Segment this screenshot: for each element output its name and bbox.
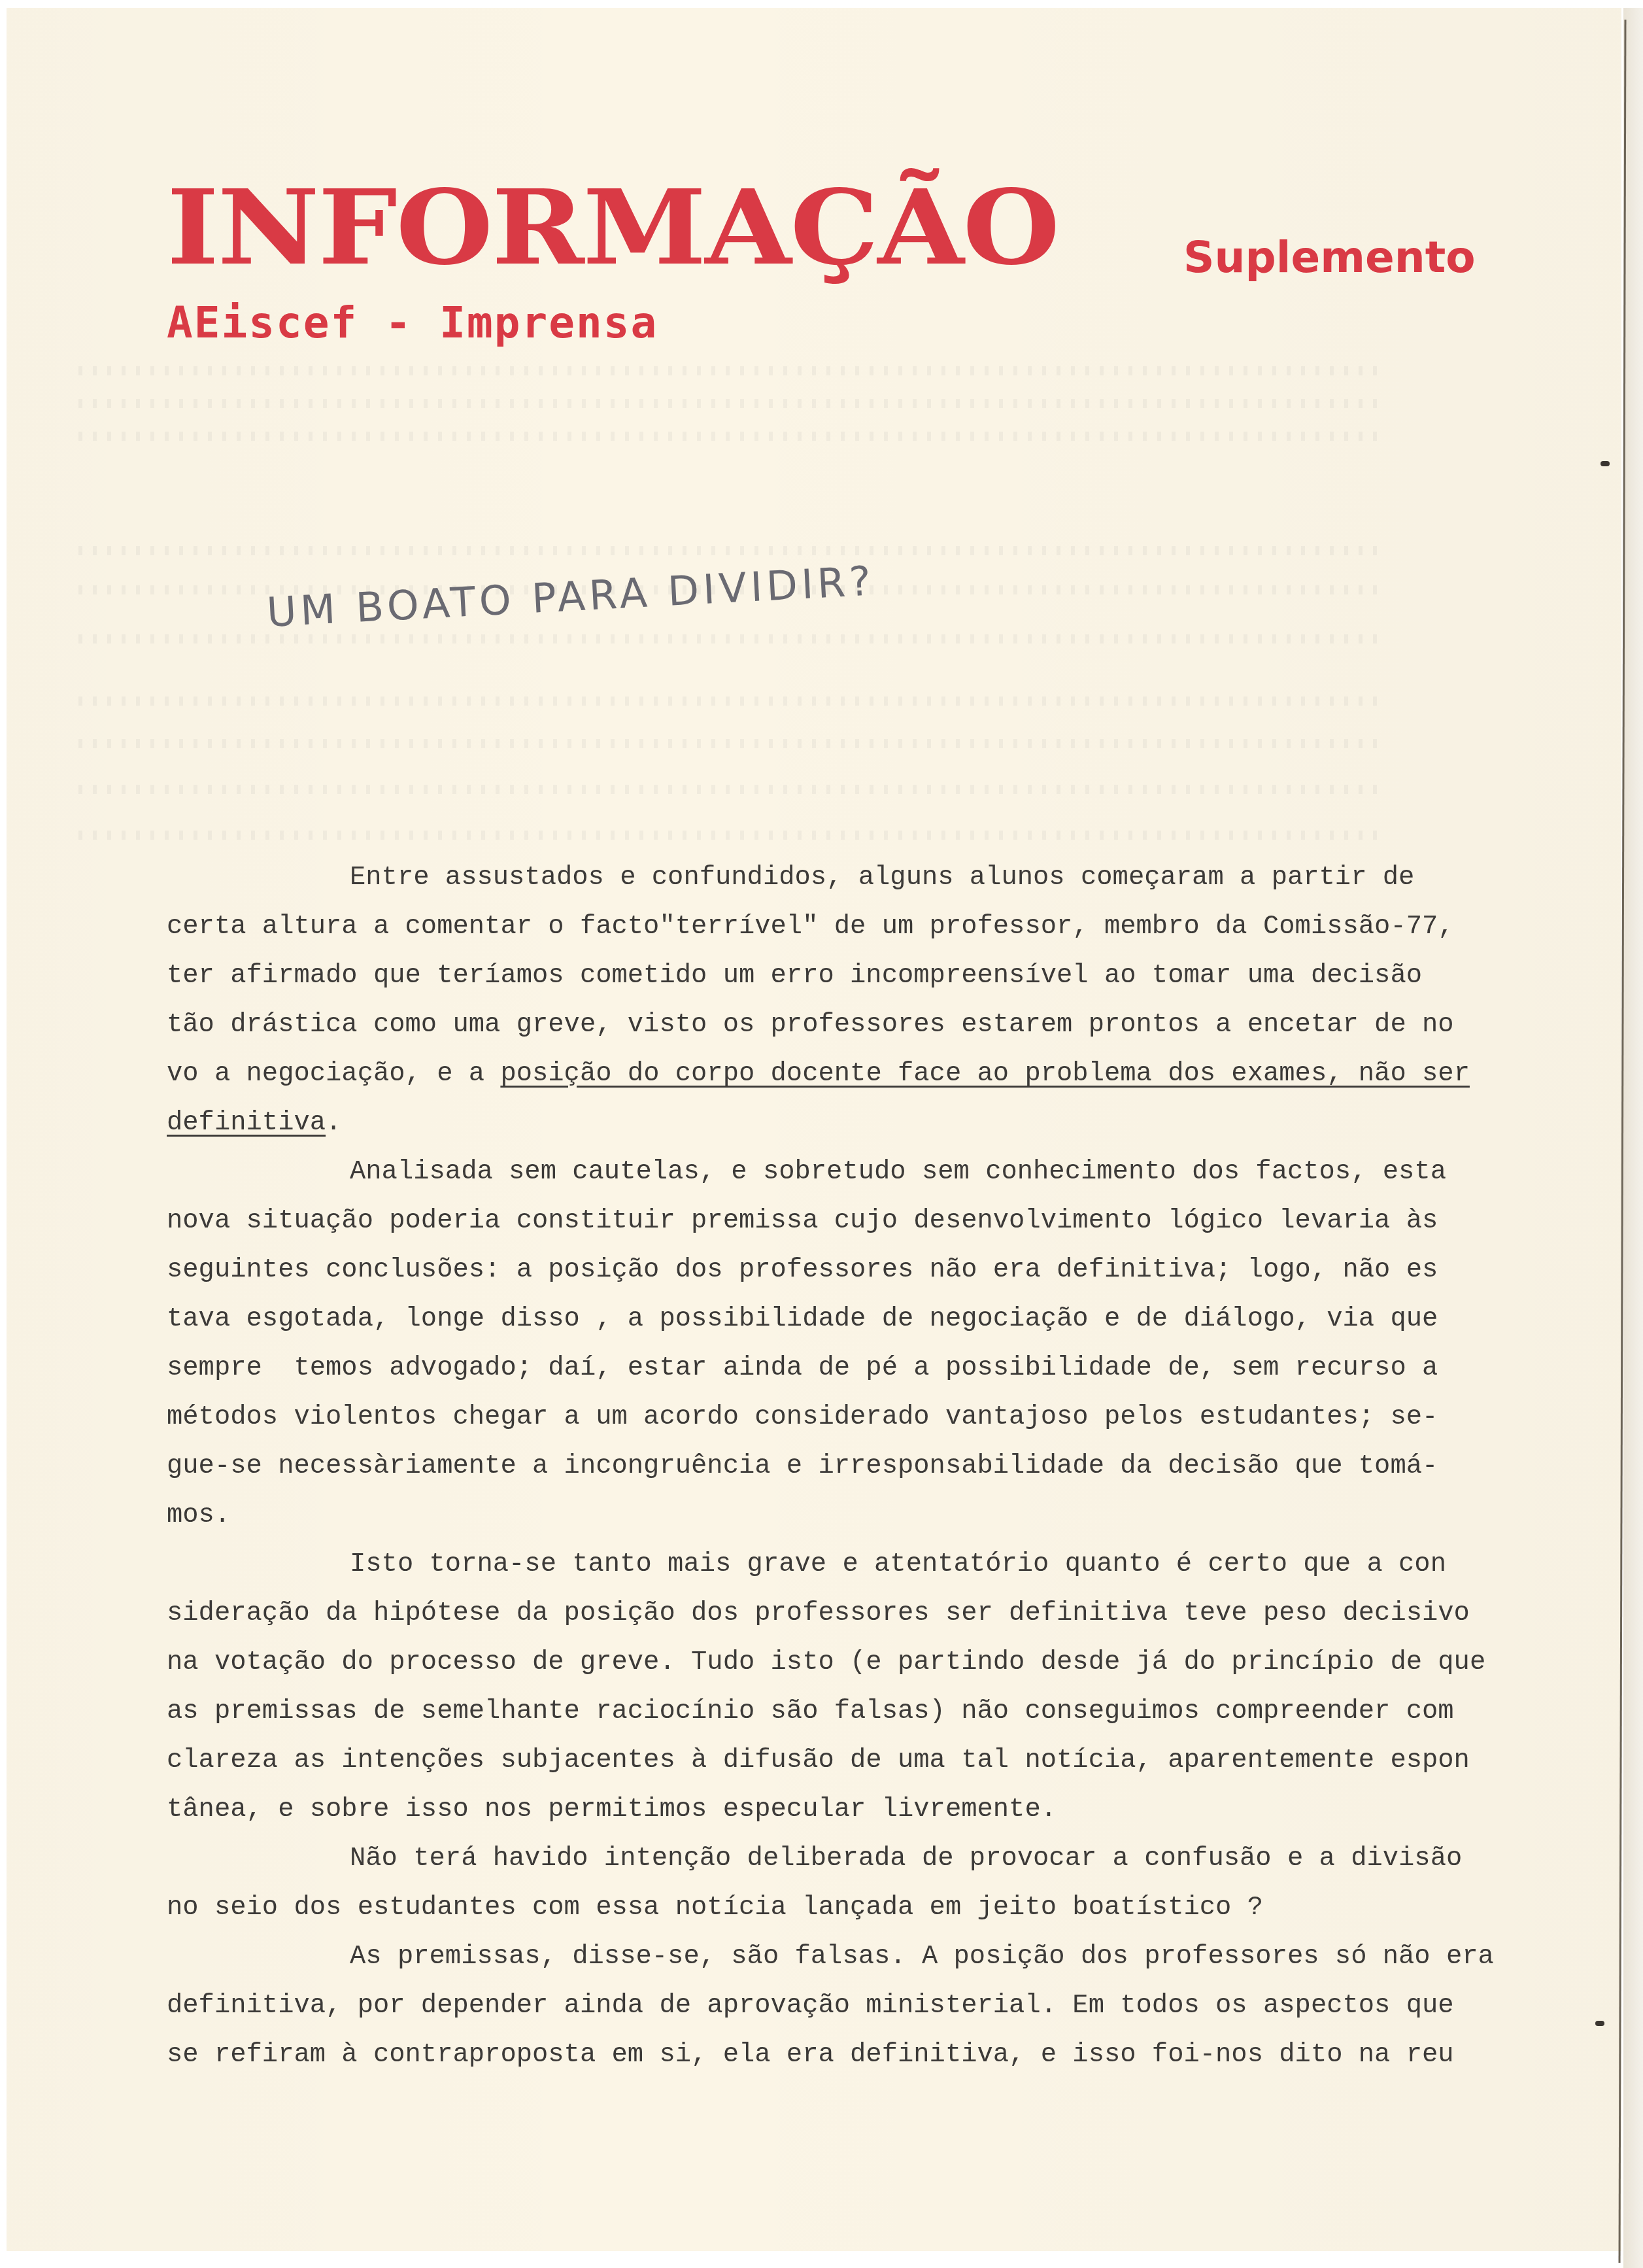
paragraph: Isto torna-se tanto mais grave e atentat… (167, 1540, 1500, 1834)
text-line: vo a negociação, e a posição do corpo do… (167, 1050, 1500, 1099)
page-edge-shadow (1623, 8, 1643, 2268)
paragraph: Não terá havido intenção deliberada de p… (167, 1834, 1500, 1933)
text-line: as premissas de semelhante raciocínio sã… (167, 1687, 1500, 1736)
margin-mark (1595, 2021, 1604, 2026)
text-line: Entre assustados e confundidos, alguns a… (167, 853, 1500, 902)
text-line: sempre temos advogado; daí, estar ainda … (167, 1344, 1500, 1393)
underlined-text: definitiva (167, 1108, 326, 1138)
bleed-through (78, 696, 1386, 706)
text-line: na votação do processo de greve. Tudo is… (167, 1638, 1500, 1687)
paragraph: Analisada sem cautelas, e sobretudo sem … (167, 1148, 1500, 1540)
masthead-title: INFORMAÇÃO (167, 177, 1059, 280)
underlined-text: posição do corpo docente face ao problem… (500, 1059, 1470, 1089)
text-line: no seio dos estudantes com essa notícia … (167, 1883, 1500, 1933)
text-run: . (326, 1108, 341, 1138)
scanned-document: INFORMAÇÃO Suplemento AEiscef - Imprensa… (0, 0, 1643, 2268)
text-line: tânea, e sobre isso nos permitimos espec… (167, 1785, 1500, 1834)
article-body: Entre assustados e confundidos, alguns a… (167, 853, 1500, 2080)
text-line: Analisada sem cautelas, e sobretudo sem … (167, 1148, 1500, 1197)
text-line: Não terá havido intenção deliberada de p… (167, 1834, 1500, 1883)
text-line: As premissas, disse-se, são falsas. A po… (167, 1933, 1500, 1982)
bleed-through (78, 399, 1386, 408)
text-line: gue-se necessàriamente a incongruência e… (167, 1442, 1500, 1491)
text-line: métodos violentos chegar a um acordo con… (167, 1393, 1500, 1442)
text-line: seguintes conclusões: a posição dos prof… (167, 1246, 1500, 1295)
organization-label: AEiscef - Imprensa (167, 298, 658, 348)
bleed-through (78, 785, 1386, 794)
bleed-through (78, 739, 1386, 748)
text-line: ter afirmado que teríamos cometido um er… (167, 952, 1500, 1001)
bleed-through (78, 831, 1386, 840)
text-line: clareza as intenções subjacentes à difus… (167, 1736, 1500, 1785)
text-line: nova situação poderia constituir premiss… (167, 1197, 1500, 1246)
text-line: Isto torna-se tanto mais grave e atentat… (167, 1540, 1500, 1589)
text-line: certa altura a comentar o facto"terrível… (167, 902, 1500, 952)
text-line: tava esgotada, longe disso , a possibili… (167, 1295, 1500, 1344)
paragraph: As premissas, disse-se, são falsas. A po… (167, 1933, 1500, 2080)
text-line: se refiram à contraproposta em si, ela e… (167, 2031, 1500, 2080)
supplement-label: Suplemento (1183, 232, 1476, 283)
margin-mark (1601, 461, 1610, 466)
paragraph: Entre assustados e confundidos, alguns a… (167, 853, 1500, 1148)
text-line: sideração da hipótese da posição dos pro… (167, 1589, 1500, 1638)
text-line: tão drástica como uma greve, visto os pr… (167, 1001, 1500, 1050)
bleed-through (78, 432, 1386, 441)
text-line: definitiva, por depender ainda de aprova… (167, 1982, 1500, 2031)
text-run: vo a negociação, e a (167, 1059, 500, 1089)
bleed-through (78, 546, 1386, 555)
text-line: definitiva. (167, 1099, 1500, 1148)
bleed-through (78, 366, 1386, 375)
text-line: mos. (167, 1491, 1500, 1540)
